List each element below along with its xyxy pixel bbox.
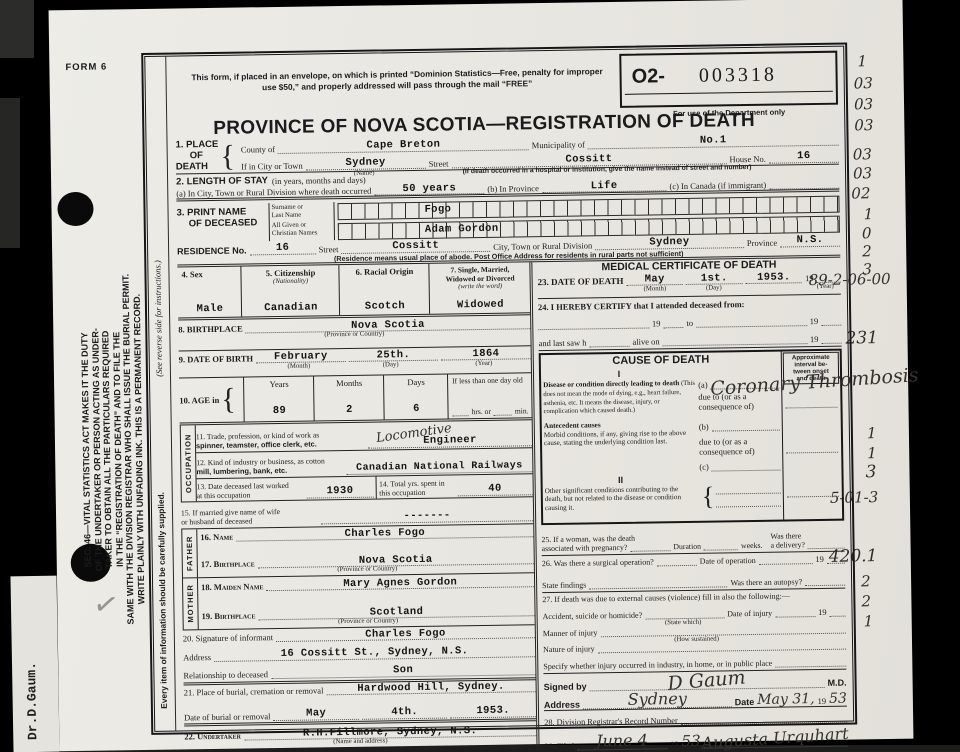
brace: { (220, 143, 235, 170)
registration-number-area: O2- 003318 For use of the Department onl… (619, 47, 838, 112)
surname-value: Fogo (424, 205, 451, 216)
citizenship-cell: 5. Citizenship (Nationality) Canadian (241, 265, 340, 316)
margin-code: 03 (853, 145, 872, 163)
burial-date-label: Date of burial or removal (184, 711, 271, 722)
age-months-value: 2 (346, 405, 353, 416)
margin-code: 03 (854, 95, 873, 113)
margin-code: 2 (861, 572, 871, 590)
division-registrar-caption: (Division Registrar) (787, 747, 842, 752)
manner-label: Manner of injury (543, 628, 598, 638)
injury-19: 19 (818, 607, 827, 617)
age-days-value: 6 (413, 404, 420, 415)
row-pregnancy: 25. If a woman, was the death associated… (541, 523, 844, 556)
margin-code: 1 (864, 205, 874, 223)
county-label: County of (241, 144, 275, 155)
cause-b-line (712, 430, 780, 432)
margin-code: 03 (853, 164, 872, 182)
margin-code: 1 (867, 424, 877, 442)
certify-to-line (696, 325, 807, 328)
cause-a-line: Coronary Thrombosis (711, 388, 780, 390)
certify-from-line (538, 327, 649, 330)
age-days-label: Days (388, 377, 444, 388)
stay-a-line: 50 years (374, 183, 484, 196)
margin-code: 0 (862, 224, 872, 242)
dob-year-line: 1864(Year) (441, 348, 531, 361)
signed-19: 19 (817, 696, 826, 706)
last-saw-label: and last saw h (538, 337, 586, 348)
stay-a-value: 50 years (402, 183, 456, 194)
birthplace-label: 8. BIRTHPLACE (178, 324, 243, 335)
how-sustained-caption: (How sustained) (674, 635, 719, 643)
racial-origin-cell: 6. Racial Origin Scotch (339, 264, 430, 315)
burial-month-line: May (273, 708, 359, 721)
other-line-2 (716, 506, 781, 508)
mother-birthplace-label: 19. Birthplace (201, 611, 255, 622)
undertaker-label: 22. Undertaker (184, 731, 241, 742)
death-month: May (645, 274, 665, 285)
father-group: FATHER 16. Name Charles Fogo 17. Birthpl… (181, 524, 534, 578)
informant-address-line: 16 Cossitt St., Sydney, N.S. (214, 645, 535, 661)
manner-line: (How sustained) (601, 633, 846, 638)
death-day: 1st. (701, 273, 728, 284)
stay-a-label: (a) In City, Town or Rural Division wher… (176, 186, 371, 199)
residence-street-line: Cossitt (341, 240, 490, 254)
signature-line: D Gaum (589, 668, 824, 691)
death-day-caption: (Day) (706, 285, 722, 292)
industry-label2: mill, lumbering, bank, etc. (196, 466, 287, 476)
place-of-death-label: 1. PLACE OF DEATH (175, 140, 218, 173)
spouse-value: ------- (404, 511, 451, 522)
marital-value: Widowed (457, 300, 504, 311)
statute-notice: SEC. 46—VITAL STATISTICS ACT MAKES IT TH… (78, 229, 148, 670)
registration-prefix: O2- (631, 65, 665, 88)
street-line: Cossitt(If death occurred in a hospital … (451, 153, 726, 169)
hrs-line (453, 415, 469, 416)
cause-due-2: due to (or as a consequence of) (699, 436, 780, 457)
cause-block-2: II Other significant conditions contribu… (545, 473, 782, 522)
form-frame: (See reverse side for instructions.) Eve… (141, 43, 857, 735)
stay-b-value: Life (591, 181, 618, 192)
cause-block-antecedent: Antecedent causes Morbid conditions, if … (544, 419, 781, 476)
burial-year: 1953. (476, 706, 510, 717)
residence-no-value: 16 (276, 243, 290, 254)
municipality-label: Municipality of (532, 139, 585, 150)
see-reverse-note: (See reverse side for instructions.) (152, 260, 164, 377)
dob-day: 25th. (377, 350, 411, 361)
alive-19: 19 (810, 334, 819, 344)
age-hours-cell: If less than one day old hrs. or min. (448, 373, 532, 418)
row-burial: 21. Place of burial, cremation or remova… (184, 680, 537, 726)
row-informant: 20. Signature of informant Charles Fogo … (183, 625, 536, 685)
cause-b-label: (b) (699, 422, 709, 432)
burial-place-value: Hardwood Hill, Sydney. (357, 682, 505, 695)
racial-origin-label: 6. Racial Origin (343, 266, 425, 277)
sex-value: Male (197, 304, 224, 315)
dob-month: February (274, 351, 328, 362)
death-month-line: May(Month) (626, 274, 683, 286)
alive-on-line (663, 343, 807, 346)
death-year-caption: (Year) (817, 283, 834, 290)
city-label: If in City or Town (241, 160, 303, 171)
dob-day-caption: (Day) (383, 362, 399, 369)
industry-line: Canadian National Railways (346, 461, 532, 475)
year-prefix: 19 (805, 274, 814, 284)
burial-day: 4th. (391, 707, 418, 718)
margin-code: 3 (865, 462, 876, 482)
father-name-line: Charles Fogo (236, 526, 533, 542)
every-item-note: Every item of information should be care… (156, 492, 169, 709)
burial-day-line: 4th. (362, 707, 448, 720)
operation-line (657, 565, 697, 567)
street-label: Street (429, 158, 449, 168)
form-paper: FORM 6 ✓ SEC. 46—VITAL STATISTICS ACT MA… (49, 0, 914, 751)
sex-cell: 4. Sex Male (177, 267, 242, 318)
signed-date-value: May 31, (757, 692, 815, 707)
brace: { (702, 485, 715, 509)
burial-year-line: 1953. (450, 706, 536, 719)
last-worked-label2: at this occupation (197, 490, 251, 500)
marital-status-cell: 7. Single, Married, Widowed or Divorced … (429, 262, 530, 313)
form-number: FORM 6 (65, 62, 107, 74)
burial-place-label: 21. Place of burial, cremation or remova… (184, 686, 324, 698)
total-years-value: 40 (488, 484, 502, 495)
residence-province-label: Province (747, 237, 777, 247)
certify-fill2 (821, 325, 841, 326)
residence-city-line: Sydney (595, 236, 744, 250)
autopsy-label: Was there an autopsy? (730, 577, 802, 587)
margin-code: 1 (857, 52, 867, 70)
certify-label: 24. I HEREBY CERTIFY that I attended dec… (538, 298, 841, 312)
min-label: min. (515, 406, 529, 415)
physician-address-value: Sydney (628, 691, 687, 708)
state-findings-line (589, 586, 727, 589)
row-external-causes: 27. If death was due to external causes … (542, 589, 846, 674)
print-name-label: 3. PRINT NAME OF DECEASED (176, 203, 269, 242)
mother-maiden-label: 18. Maiden Name (201, 582, 264, 593)
residence-city-value: Sydney (649, 237, 689, 248)
margin-code: 1 (867, 444, 877, 462)
antecedent-label: Antecedent causes (544, 420, 601, 430)
scanned-death-registration: { "colors": {"bg":"#000000","paper":"#e8… (0, 0, 960, 752)
filed-year-value: 53 (681, 734, 700, 749)
informant-line: Charles Fogo (276, 627, 535, 642)
residence-province-value: N.S. (797, 235, 824, 246)
row-age: 10. AGE in { Years 89 Months 2 (179, 373, 532, 425)
death-month-caption: (Month) (644, 286, 667, 293)
name-caption: (Name) (354, 169, 375, 176)
nature-line (598, 649, 846, 654)
age-hours-label: If less than one day old (452, 375, 528, 385)
age-years-value: 89 (273, 406, 287, 417)
cause-desc-1: Disease or condition directly leading to… (543, 379, 679, 389)
relationship-line: Son (271, 664, 536, 679)
county-value: Cape Breton (366, 140, 440, 152)
street-value: Cossitt (565, 154, 612, 165)
filed-date-value: June 4 (596, 733, 648, 750)
racial-origin-value: Scotch (365, 302, 405, 313)
row-undertaker: 22. Undertaker R.H.Fillmore, Sydney, N.S… (184, 721, 536, 752)
pregnancy-line (630, 550, 670, 552)
trade-label2: spinner, teamster, office clerk, etc. (196, 440, 317, 451)
cause-of-death-box: CAUSE OF DEATH I Disease or condition di… (539, 349, 845, 525)
accident-label: Accident, suicide or homicide? (543, 611, 643, 621)
physician-address-line: Sydney (583, 690, 732, 709)
burial-month: May (306, 709, 326, 720)
city-value: Sydney (345, 158, 385, 169)
mother-maiden-value: Mary Agnes Gordon (343, 577, 457, 589)
delivery-label: a delivery? (770, 540, 805, 550)
trade-line: Locomotive Engineer (368, 435, 532, 449)
residence-street-value: Cossitt (392, 241, 439, 252)
accident-line: (State which) (645, 618, 724, 620)
father-birthplace-value: Nova Scotia (359, 554, 433, 566)
brace: { (221, 386, 236, 413)
margin-code: 03 (854, 116, 873, 134)
informant-value: Charles Fogo (365, 629, 446, 641)
certify-19b: 19 (810, 316, 819, 326)
external-causes-label: 27. If death was due to external causes … (542, 591, 845, 604)
relationship-label: Relationship to deceased (183, 669, 268, 680)
filed-19: 19 (670, 739, 679, 749)
birthplace-value: Nova Scotia (351, 320, 425, 332)
personal-particulars-column: 4. Sex Male 5. Citizenship (Nationality)… (177, 262, 536, 752)
total-years-line: 40 (457, 484, 533, 497)
delivery-line (808, 548, 845, 550)
registration-number-box: O2- 003318 (619, 51, 838, 108)
father-birthplace-label: 17. Birthplace (201, 559, 255, 570)
md-label: M.D. (828, 678, 847, 688)
father-vertical-label: FATHER (181, 529, 198, 577)
dob-year-caption: (Year) (475, 360, 492, 367)
signed-year-value: 53 (829, 692, 847, 706)
house-no-label: House No. (729, 154, 766, 165)
age-label-wrap: 10. AGE in { (179, 377, 244, 422)
row-sex-citizenship-origin-marital: 4. Sex Male 5. Citizenship (Nationality)… (177, 262, 530, 320)
stay-b-line: Life (542, 180, 667, 193)
death-year19-line: (Year) (817, 282, 841, 283)
adjacent-page-edge: Dr.D.Gaum. (10, 576, 59, 752)
informant-label: 20. Signature of informant (183, 633, 273, 644)
certify-fill (664, 327, 684, 328)
signed-by-label: Signed by (544, 681, 587, 692)
state-which-caption: (State which) (665, 619, 702, 627)
residence-label: RESIDENCE No. (177, 245, 247, 256)
residence-street-label: Street (319, 244, 339, 254)
citizenship-value: Canadian (264, 303, 318, 314)
municipality-value: No.1 (700, 135, 727, 146)
scan-artifact (0, 0, 34, 58)
burial-place-line: Hardwood Hill, Sydney. (326, 681, 535, 696)
registration-number: 003318 (699, 63, 777, 87)
last-saw-fill (590, 346, 630, 348)
county-line: Cape Breton (278, 138, 529, 153)
nature-label: Nature of injury (543, 645, 595, 655)
mother-group: MOTHER 18. Maiden Name Mary Agnes Gordon… (182, 573, 535, 630)
death-year: 1953. (757, 272, 791, 283)
weeks-label: weeks. (741, 541, 763, 550)
dob-day-line: 25th.(Day) (349, 350, 439, 363)
given-names-value: Adam Gordon (425, 224, 499, 236)
margin-code: 1 (864, 612, 874, 630)
alive-fill (822, 343, 842, 344)
signed-date-label: Date (735, 697, 755, 707)
operation-19-line (827, 563, 845, 564)
marital-label3: (write the word) (434, 282, 527, 290)
scan-artifact (0, 98, 20, 248)
occupation-vertical-label: OCCUPATION (180, 425, 197, 501)
operation-date-label: Date of operation (700, 556, 756, 566)
stay-c-line (769, 188, 839, 190)
mother-maiden-line: Mary Agnes Gordon (266, 576, 534, 591)
father-name-value: Charles Fogo (345, 528, 426, 540)
row-filed: 29. Filed June 4 19 53 Augusta Urquhart … (544, 723, 847, 751)
length-of-stay-sub: (in years, months and days) (272, 174, 366, 185)
dob-label: 9. DATE OF BIRTH (179, 354, 253, 365)
medical-certificate-column: MEDICAL CERTIFICATE OF DEATH 23. DATE OF… (529, 258, 847, 752)
cause-block-1: I Disease or condition directly leading … (543, 367, 780, 422)
margin-code: 2 (862, 242, 872, 260)
punch-hole (57, 192, 94, 227)
father-name-label: 16. Name (200, 532, 233, 542)
operation-date-line (759, 563, 813, 565)
age-years-cell: Years 89 (243, 376, 315, 421)
autopsy-line (805, 585, 845, 587)
age-label: 10. AGE in (179, 395, 219, 406)
margin-code: 03 (854, 74, 873, 92)
other-conditions-desc: Other significant conditions contributin… (545, 485, 681, 512)
spouse-label2: or husband of deceased (181, 516, 252, 526)
dob-month-line: February(Month) (256, 351, 346, 364)
date-of-death-label: 23. DATE OF DEATH (538, 276, 624, 287)
dob-month-caption: (Month) (287, 363, 310, 370)
dob-year: 1864 (472, 349, 499, 360)
registrar-signature-line: Augusta Urquhart (Division Registrar) (703, 730, 847, 749)
municipality-line: No.1 (588, 134, 839, 149)
cause-c-line (712, 469, 781, 471)
row-operation: 26. Was there a surgical operation? Date… (542, 552, 846, 593)
stay-b-label: (b) In Province (487, 183, 539, 194)
citizenship-sublabel: (Nationality) (246, 277, 336, 285)
relationship-value: Son (393, 666, 413, 677)
stay-c-label: (c) In Canada (if immigrant) (669, 180, 766, 191)
total-years-label2: this occupation (379, 488, 425, 498)
last-worked-value: 1930 (326, 486, 353, 497)
cause-c-label: (c) (699, 461, 709, 471)
section-print-name: 3. PRINT NAME OF DECEASED Surname orLast… (176, 192, 840, 268)
interval-line (786, 451, 838, 453)
hrs-label: hrs. or (471, 407, 491, 416)
mother-vertical-label: MOTHER (182, 578, 199, 629)
pregnancy-label2: associated with pregnancy? (542, 543, 628, 553)
margin-code: 02 (851, 184, 870, 202)
duration-label: Duration (673, 542, 701, 551)
cause-a-label: (a) (698, 380, 708, 390)
injury-date-label: Date of injury (727, 609, 772, 619)
death-year-line: 1953. (745, 272, 802, 284)
total-years-label1: 14. Total yrs. spent in (379, 478, 445, 488)
alive-on-label: alive on (632, 336, 659, 346)
form-header: This form, if placed in an envelope, on … (174, 47, 838, 119)
min-line (494, 415, 512, 416)
informant-address-value: 16 Cossitt St., Sydney, N.S. (281, 646, 469, 659)
spouse-line: ------- (321, 510, 533, 525)
house-no-line: 16 (769, 151, 839, 164)
industry-value: Canadian National Railways (356, 461, 523, 473)
residence-province-line: N.S. (780, 235, 840, 247)
age-months-cell: Months 2 (314, 375, 385, 420)
operation-label: 26. Was there a surgical operation? (542, 557, 654, 568)
injury-date-line (775, 617, 815, 619)
house-no-value: 16 (797, 151, 811, 162)
filed-label: 29. Filed (544, 742, 574, 751)
death-day-line: 1st.(Day) (686, 273, 743, 285)
residence-no-line: 16 (250, 243, 316, 255)
mother-birthplace-value: Scotland (370, 607, 424, 618)
antecedent-desc: Morbid conditions, if any, giving rise t… (544, 429, 686, 448)
injury-19-line (830, 616, 846, 617)
row-certify: 24. I HEREBY CERTIFY that I attended dec… (538, 295, 842, 351)
mailing-notice: This form, if placed in an envelope, on … (174, 50, 620, 119)
informant-address-label: Address (183, 652, 211, 662)
interval-line (787, 496, 839, 498)
age-years-label: Years (248, 379, 310, 390)
operation-19: 19 (815, 554, 824, 564)
undertaker-value: R.H.Fillmore, Sydney, N.S. (303, 726, 477, 739)
length-of-stay-label: 2. LENGTH OF STAY (176, 175, 268, 187)
state-findings-label: State findings (542, 580, 586, 590)
sex-label: 4. Sex (181, 269, 237, 280)
name-sublabels: Surname orLast Name All Given orChristia… (268, 202, 335, 241)
filed-date-line: June 4 (577, 732, 667, 750)
age-days-cell: Days 6 (384, 374, 449, 419)
city-line: Sydney(Name) (306, 157, 426, 170)
certify-to: to (686, 318, 693, 328)
margin-code: 2 (861, 592, 871, 610)
occupation-group: OCCUPATION 11. Trade, profession, or kin… (180, 420, 533, 502)
doctor-note: Dr.D.Gaum. (24, 662, 40, 740)
physician-address-label: Address (544, 700, 580, 711)
age-months-label: Months (318, 377, 380, 388)
last-worked-line: 1930 (307, 486, 374, 498)
other-line-1 (716, 493, 781, 495)
duration-line (704, 549, 738, 551)
certify-19a: 19 (652, 318, 661, 328)
interval-line (786, 407, 838, 409)
